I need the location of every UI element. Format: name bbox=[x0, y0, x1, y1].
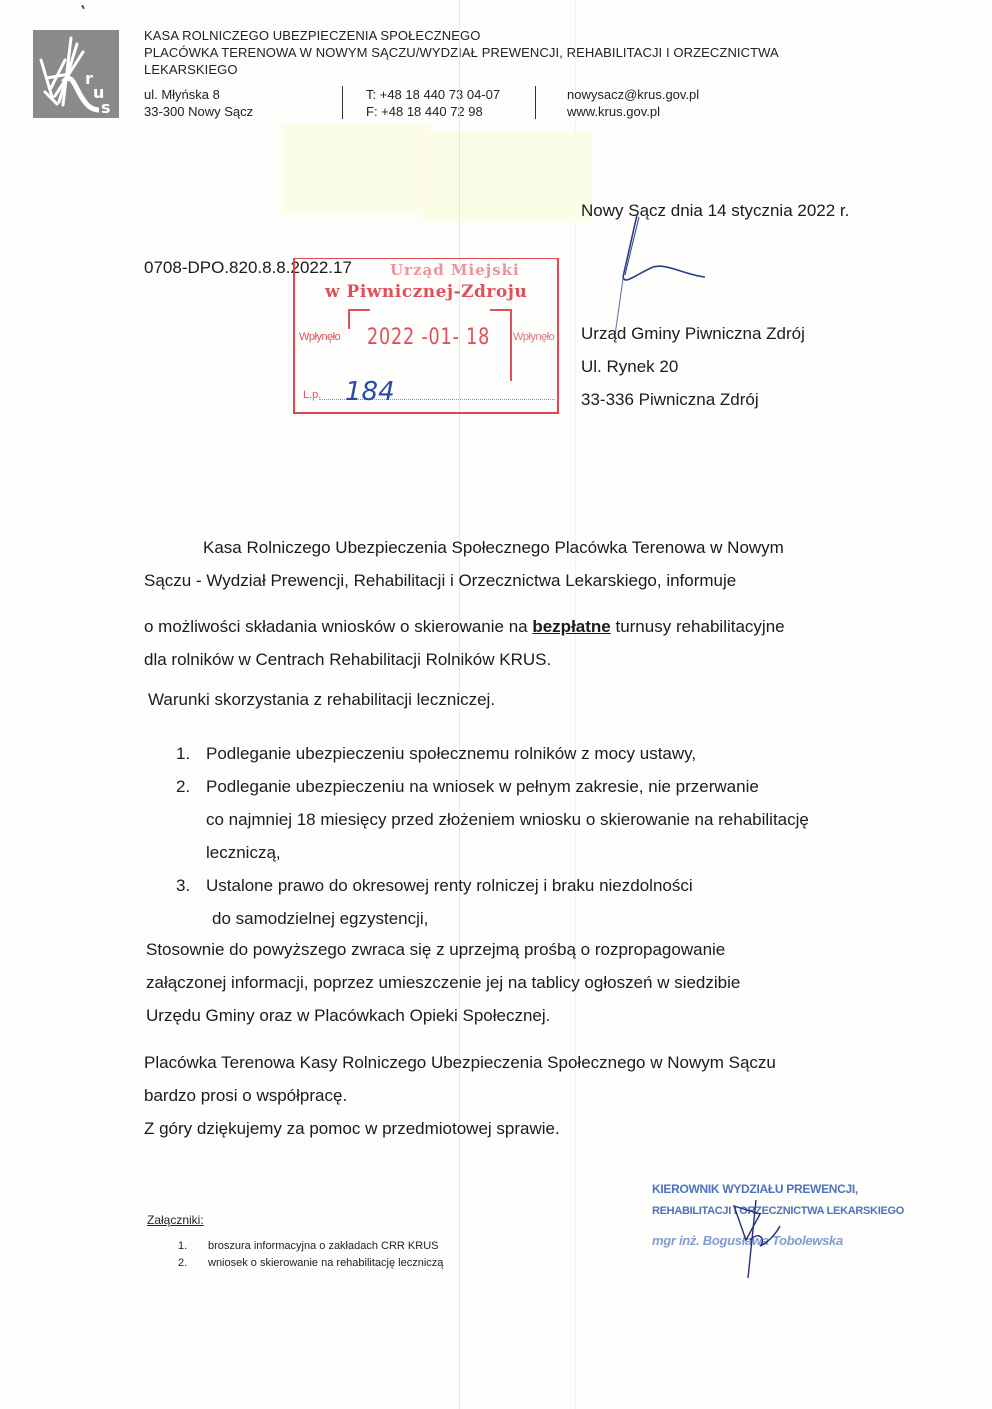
handwritten-signature-icon bbox=[730, 1200, 800, 1280]
signature-title-line-1: KIEROWNIK WYDZIAŁU PREWENCJI, bbox=[652, 1178, 904, 1200]
paragraph-line: Sączu - Wydział Prewencji, Rehabilitacji… bbox=[144, 564, 864, 597]
attachment-item: 2.wniosek o skierowanie na rehabilitację… bbox=[178, 1255, 443, 1272]
stamp-received-label: Wpłynęło bbox=[513, 331, 554, 343]
list-text: Ustalone prawo do okresowej renty rolnic… bbox=[206, 869, 693, 902]
stamp-entry-number: 184 bbox=[345, 377, 395, 407]
list-item: 2.Podleganie ubezpieczeniu na wniosek w … bbox=[176, 770, 896, 803]
email-link[interactable]: nowysacz@krus.gov.pl bbox=[567, 86, 699, 103]
phone-number: T: +48 18 440 73 04-07 bbox=[366, 86, 500, 103]
website-link[interactable]: www.krus.gov.pl bbox=[567, 103, 699, 120]
stamp-received-label: Wpłynęło bbox=[299, 331, 340, 343]
sticky-note-remnant bbox=[282, 124, 430, 214]
received-stamp: Urząd Miejski w Piwnicznej-Zdroju Wpłynę… bbox=[293, 258, 559, 414]
list-item: 1.Podleganie ubezpieczeniu społecznemu r… bbox=[176, 737, 896, 770]
attachment-number: 2. bbox=[178, 1255, 208, 1272]
stamp-town-line: w Piwnicznej-Zdroju bbox=[325, 282, 527, 302]
header-divider bbox=[342, 86, 343, 119]
attachment-number: 1. bbox=[178, 1238, 208, 1255]
stamp-date: 2022 -01- 18 bbox=[367, 325, 490, 350]
scan-speck bbox=[81, 5, 85, 9]
list-text: Podleganie ubezpieczeniu społecznemu rol… bbox=[206, 737, 696, 770]
paragraph-line: bardzo prosi o współpracę. bbox=[144, 1079, 884, 1112]
krus-logo-icon: r u s bbox=[33, 30, 119, 118]
svg-text:s: s bbox=[101, 98, 111, 117]
attachment-text: broszura informacyjna o zakładach CRR KR… bbox=[208, 1240, 438, 1252]
org-line-3: LEKARSKIEGO bbox=[144, 61, 779, 78]
paragraph-intro: Kasa Rolniczego Ubezpieczenia Społeczneg… bbox=[144, 531, 864, 597]
krus-logo: r u s bbox=[33, 30, 119, 118]
list-text: Podleganie ubezpieczeniu na wniosek w pe… bbox=[206, 770, 759, 803]
address-city: 33-300 Nowy Sącz bbox=[144, 103, 253, 120]
attachments-list: 1.broszura informacyjna o zakładach CRR … bbox=[178, 1238, 443, 1272]
paragraph-offer: o możliwości składania wniosków o skiero… bbox=[144, 610, 884, 676]
org-header: KASA ROLNICZEGO UBEZPIECZENIA SPOŁECZNEG… bbox=[144, 27, 779, 78]
attachment-text: wniosek o skierowanie na rehabilitację l… bbox=[208, 1257, 443, 1269]
conditions-heading: Warunki skorzystania z rehabilitacji lec… bbox=[148, 690, 495, 710]
header-divider bbox=[535, 86, 536, 119]
svg-text:r: r bbox=[85, 69, 93, 88]
emphasis-free: bezpłatne bbox=[532, 617, 610, 636]
paragraph-line: Z góry dziękujemy za pomoc w przedmiotow… bbox=[144, 1112, 884, 1145]
recipient-city: 33-336 Piwniczna Zdrój bbox=[581, 383, 805, 416]
fax-number: F: +48 18 440 72 98 bbox=[366, 103, 500, 120]
list-text-continued: co najmniej 18 miesięcy przed złożeniem … bbox=[176, 803, 896, 836]
paragraph-line: dla rolników w Centrach Rehabilitacji Ro… bbox=[144, 643, 884, 676]
paragraph-line: Urzędu Gminy oraz w Placówkach Opieki Sp… bbox=[146, 999, 886, 1032]
org-contact: nowysacz@krus.gov.pl www.krus.gov.pl bbox=[567, 86, 699, 120]
stamp-bracket bbox=[490, 309, 512, 381]
conditions-list: 1.Podleganie ubezpieczeniu społecznemu r… bbox=[176, 737, 896, 935]
text-span: turnusy rehabilitacyjne bbox=[611, 617, 785, 636]
list-text-continued: leczniczą, bbox=[176, 836, 896, 869]
org-line-1: KASA ROLNICZEGO UBEZPIECZENIA SPOŁECZNEG… bbox=[144, 27, 779, 44]
org-phones: T: +48 18 440 73 04-07 F: +48 18 440 72 … bbox=[366, 86, 500, 120]
paragraph-line: Placówka Terenowa Kasy Rolniczego Ubezpi… bbox=[144, 1046, 884, 1079]
recipient-address: Urząd Gminy Piwniczna Zdrój Ul. Rynek 20… bbox=[581, 317, 805, 416]
attachment-item: 1.broszura informacyjna o zakładach CRR … bbox=[178, 1238, 443, 1255]
org-address: ul. Młyńska 8 33-300 Nowy Sącz bbox=[144, 86, 253, 120]
org-line-2: PLACÓWKA TERENOWA W NOWYM SĄCZU/WYDZIAŁ … bbox=[144, 44, 779, 61]
list-item: 3.Ustalone prawo do okresowej renty roln… bbox=[176, 869, 896, 902]
address-street: ul. Młyńska 8 bbox=[144, 86, 253, 103]
stamp-office-line: Urząd Miejski bbox=[390, 261, 520, 279]
paragraph-line: załączonej informacji, poprzez umieszcze… bbox=[146, 966, 886, 999]
list-number: 3. bbox=[176, 869, 206, 902]
recipient-street: Ul. Rynek 20 bbox=[581, 350, 805, 383]
text-span: o możliwości składania wniosków o skiero… bbox=[144, 617, 532, 636]
list-number: 1. bbox=[176, 737, 206, 770]
paragraph-line: Kasa Rolniczego Ubezpieczenia Społeczneg… bbox=[144, 531, 864, 564]
recipient-name: Urząd Gminy Piwniczna Zdrój bbox=[581, 317, 805, 350]
paragraph-closing: Placówka Terenowa Kasy Rolniczego Ubezpi… bbox=[144, 1046, 884, 1145]
sticky-note-remnant bbox=[422, 132, 592, 222]
paragraph-request: Stosownie do powyższego zwraca się z upr… bbox=[146, 933, 886, 1032]
list-number: 2. bbox=[176, 770, 206, 803]
attachments-heading: Załączniki: bbox=[147, 1213, 204, 1227]
list-text-continued: do samodzielnej egzystencji, bbox=[176, 902, 896, 935]
paragraph-line: Stosownie do powyższego zwraca się z upr… bbox=[146, 933, 886, 966]
paragraph-line: o możliwości składania wniosków o skiero… bbox=[144, 610, 884, 643]
